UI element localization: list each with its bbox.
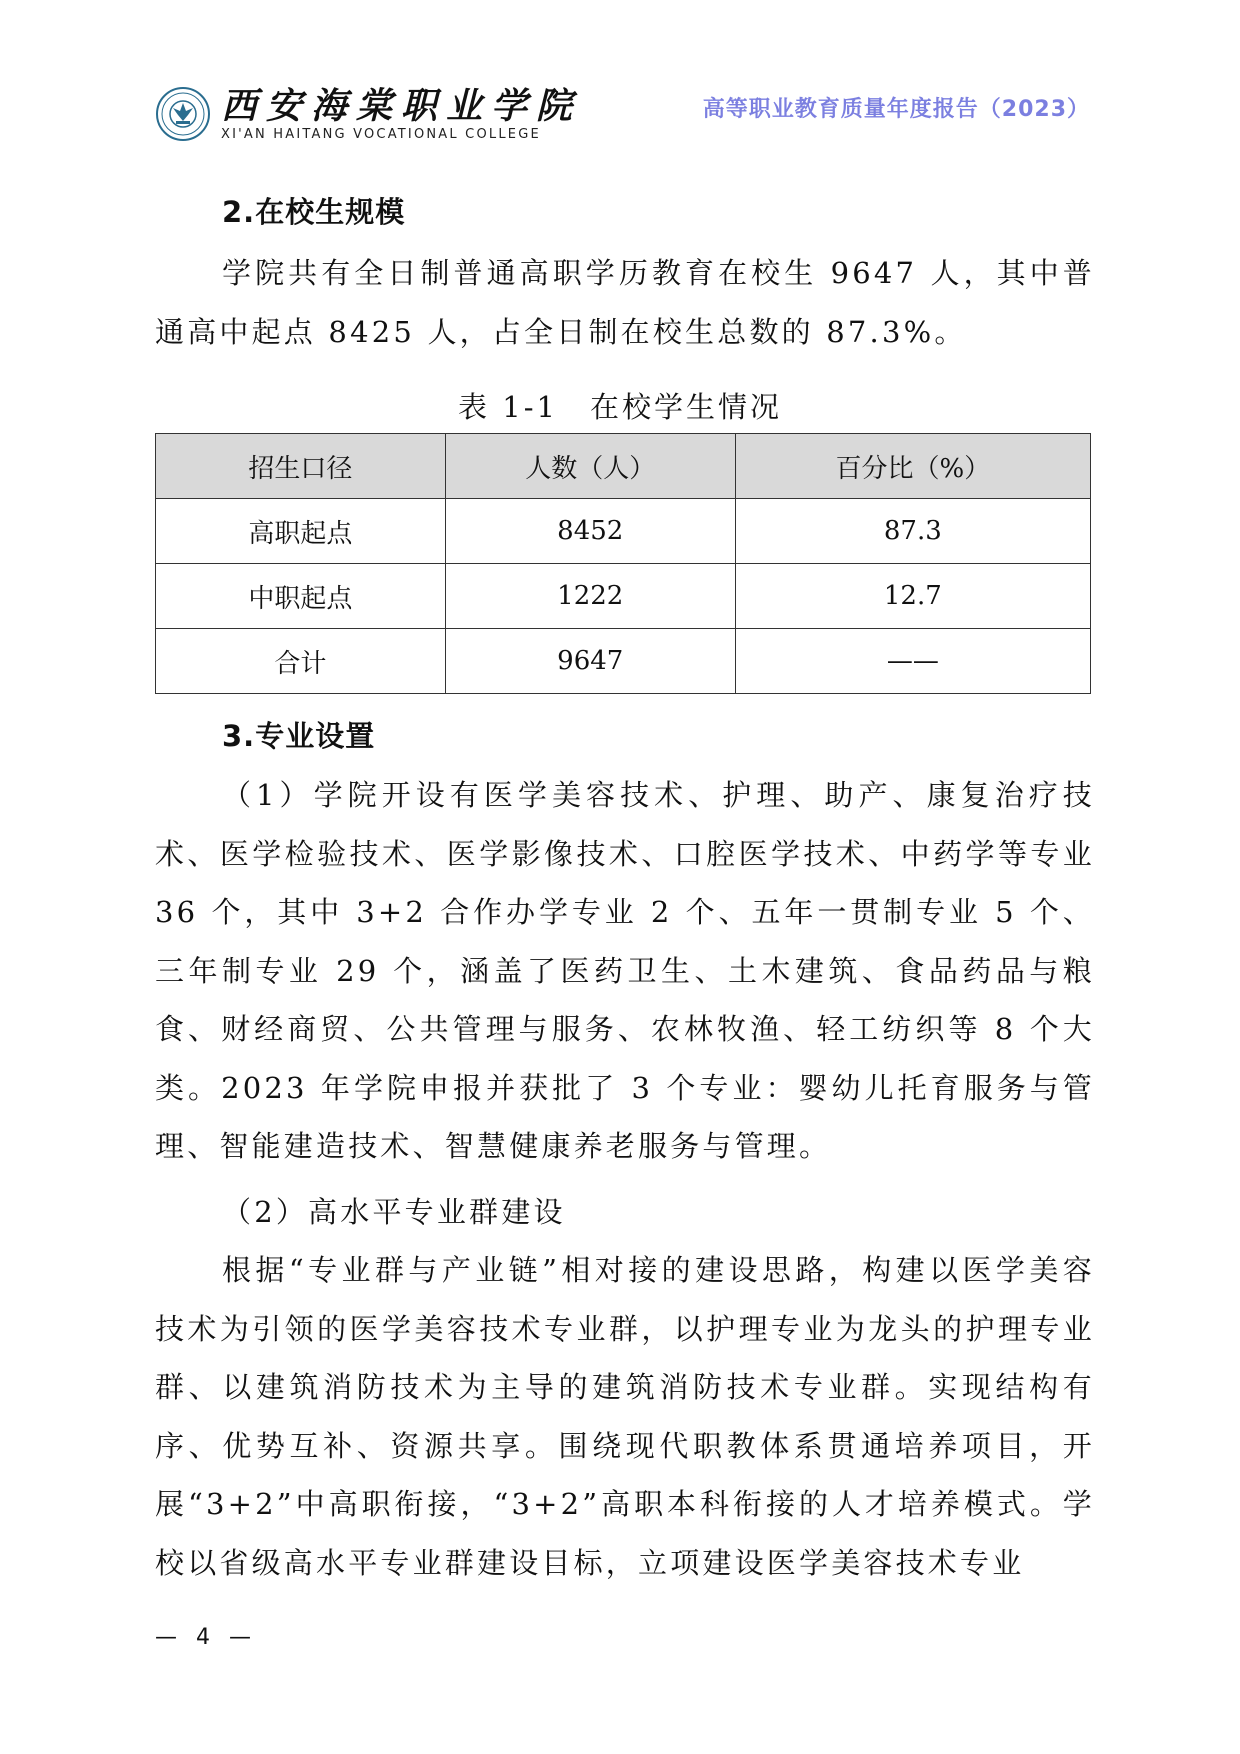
majors-paragraph-1: （1）学院开设有医学美容技术、护理、助产、康复治疗技术、医学检验技术、医学影像技… [155, 766, 1095, 1176]
table-cell: 87.3 [735, 499, 1090, 564]
section-heading-majors: 3.专业设置 [222, 714, 375, 755]
column-header: 招生口径 [156, 434, 446, 499]
table-row: 高职起点 8452 87.3 [156, 499, 1091, 564]
page-header: 西安海棠职业学院 XI'AN HAITANG VOCATIONAL COLLEG… [155, 80, 1090, 150]
table-cell: —— [735, 629, 1090, 694]
table-cell: 8452 [445, 499, 735, 564]
report-title: 高等职业教育质量年度报告（2023） [703, 92, 1090, 123]
page-number: — 4 — [155, 1625, 257, 1650]
table-header-row: 招生口径 人数（人） 百分比（%） [156, 434, 1091, 499]
majors-paragraph-2: 根据“专业群与产业链”相对接的建设思路，构建以医学美容技术为引领的医学美容技术专… [155, 1241, 1095, 1592]
table-cell: 9647 [445, 629, 735, 694]
table-cell: 中职起点 [156, 564, 446, 629]
table-row: 合计 9647 —— [156, 629, 1091, 694]
table-cell: 合计 [156, 629, 446, 694]
enrollment-paragraph: 学院共有全日制普通高职学历教育在校生 9647 人，其中普通高中起点 8425 … [155, 244, 1095, 361]
column-header: 百分比（%） [735, 434, 1090, 499]
college-seal-icon [155, 86, 211, 142]
college-logo: 西安海棠职业学院 XI'AN HAITANG VOCATIONAL COLLEG… [155, 86, 581, 142]
table-cell: 12.7 [735, 564, 1090, 629]
student-table: 招生口径 人数（人） 百分比（%） 高职起点 8452 87.3 中职起点 12… [155, 433, 1091, 694]
subheading-high-level-majors: （2）高水平专业群建设 [155, 1183, 1095, 1242]
section-heading-enrollment: 2.在校生规模 [222, 190, 405, 231]
school-name-en: XI'AN HAITANG VOCATIONAL COLLEGE [221, 127, 581, 142]
table-cell: 1222 [445, 564, 735, 629]
table-caption: 表 1-1 在校学生情况 [0, 385, 1240, 426]
table-cell: 高职起点 [156, 499, 446, 564]
column-header: 人数（人） [445, 434, 735, 499]
table-row: 中职起点 1222 12.7 [156, 564, 1091, 629]
school-name-cn: 西安海棠职业学院 [221, 86, 581, 126]
